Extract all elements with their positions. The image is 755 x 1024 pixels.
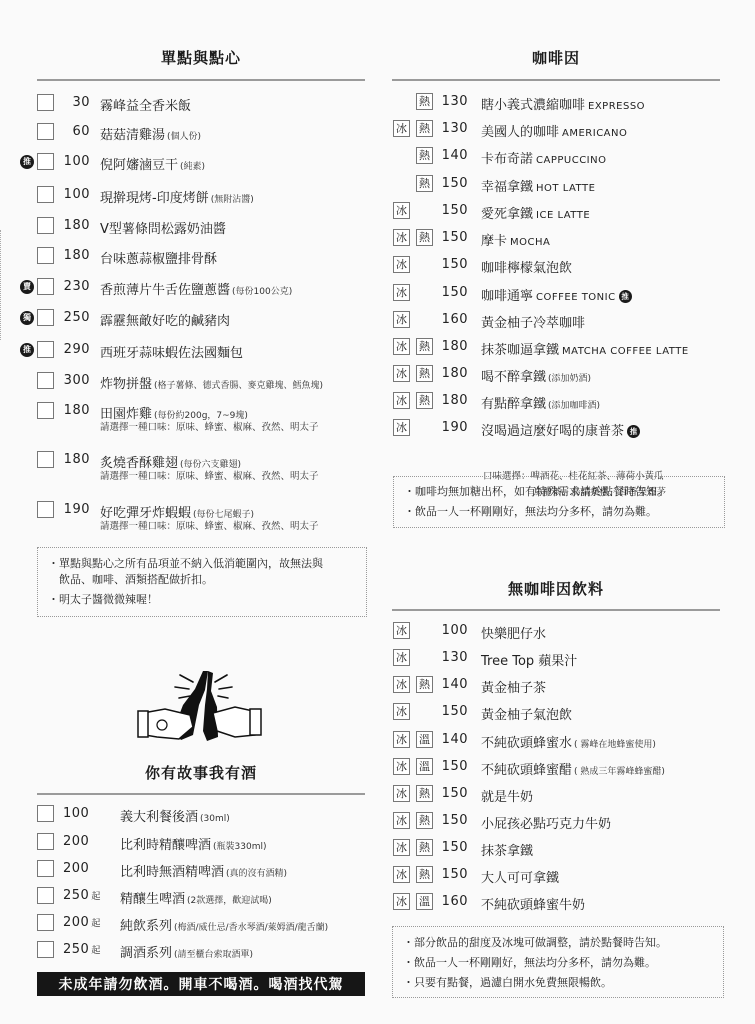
- hot-option-tag[interactable]: 熱: [416, 175, 433, 192]
- note-line: ・部分飲品的甜度及冰塊可做調整，請於點餐時告知。: [403, 933, 713, 953]
- ice-option-tag[interactable]: 冰: [393, 622, 410, 639]
- item-name: 咖啡檸檬氣泡飲: [481, 257, 572, 276]
- item-label: 黃金柚子茶: [481, 681, 546, 696]
- note-line: ・咖啡均無加糖出杯，如有特殊需求請於點餐時告知。: [404, 482, 714, 502]
- section-title-snacks: 單點與點心: [37, 47, 365, 68]
- hot-option-tag[interactable]: 熱: [416, 839, 433, 856]
- item-label: V型薯條問松露奶油醬: [100, 222, 226, 237]
- item-price: 140: [438, 732, 468, 747]
- item-english-name: HOT LATTE: [536, 183, 595, 194]
- item-note: (格子薯條、德式香腸、麥克雞塊、鱈魚塊): [154, 381, 323, 391]
- hot-option-tag[interactable]: 熱: [416, 147, 433, 164]
- item-name: 倪阿嬸滷豆干(純素): [100, 154, 205, 173]
- item-price: 160: [438, 312, 468, 327]
- item-note: (真的沒有酒精): [226, 869, 287, 879]
- price-value: 200: [63, 915, 89, 930]
- ice-option-tag[interactable]: 冰: [393, 866, 410, 883]
- item-name: 就是牛奶: [481, 786, 533, 805]
- item-note: (添加咖啡酒): [548, 401, 600, 411]
- item-label: 現擀現烤-印度烤餅: [100, 191, 209, 206]
- ice-option-tag[interactable]: 冰: [393, 785, 410, 802]
- item-price: 180: [438, 339, 468, 354]
- note-line: ・明太子醬微微辣喔！: [48, 590, 356, 610]
- item-price: 60: [60, 124, 90, 139]
- hot-option-tag[interactable]: 熱: [416, 866, 433, 883]
- order-checkbox[interactable]: [37, 805, 54, 822]
- item-name: 小屁孩必點巧克力牛奶: [481, 813, 611, 832]
- item-price: 100: [60, 154, 90, 169]
- divider: [392, 79, 720, 81]
- section-title-alcohol: 你有故事我有酒: [37, 762, 365, 783]
- item-note: (請至櫃台索取酒單): [174, 950, 253, 960]
- divider: [392, 609, 720, 611]
- item-english-name: CAPPUCCINO: [536, 155, 606, 166]
- item-label: 大人可可拿鐵: [481, 871, 559, 886]
- order-checkbox[interactable]: [37, 123, 54, 140]
- order-checkbox[interactable]: [37, 887, 54, 904]
- item-label: 黃金柚子氣泡飲: [481, 708, 572, 723]
- item-price: 190: [60, 502, 90, 517]
- item-label: 不純砍頭蜂蜜水: [481, 736, 572, 751]
- item-price: 180: [438, 366, 468, 381]
- item-name: 快樂肥仔水: [481, 623, 546, 642]
- item-price: 180: [60, 452, 90, 467]
- item-english-name: EXPRESSO: [588, 101, 645, 112]
- item-label: 倪阿嬸滷豆干: [100, 158, 178, 173]
- divider: [37, 793, 365, 795]
- item-price: 200起: [63, 915, 101, 930]
- item-price: 150: [438, 203, 468, 218]
- item-name: 調酒系列(請至櫃台索取酒單): [120, 942, 253, 961]
- item-name: 香煎薄片牛舌佐鹽蔥醬(每份100公克): [100, 279, 292, 298]
- item-note: (2款選擇，歡迎試喝): [187, 896, 272, 906]
- ice-option-tag[interactable]: 冰: [393, 676, 410, 693]
- item-label: 愛死拿鐵: [481, 207, 533, 222]
- warm-option-tag[interactable]: 溫: [416, 731, 433, 748]
- order-checkbox[interactable]: [37, 341, 54, 358]
- item-price: 150: [438, 285, 468, 300]
- note-line: ・飲品一人一杯剛剛好，無法均分多杯，請勿為難。: [404, 502, 714, 522]
- drinking-warning-banner: 未成年請勿飲酒。開車不喝酒。喝酒找代駕: [37, 972, 365, 996]
- item-name: 不純砍頭蜂蜜水( 霧峰在地蜂蜜使用): [481, 732, 656, 751]
- ice-option-tag[interactable]: 冰: [393, 731, 410, 748]
- item-label: 炸物拼盤: [100, 377, 152, 392]
- order-checkbox[interactable]: [37, 186, 54, 203]
- item-label: 幸福拿鐵: [481, 180, 533, 195]
- item-price: 230: [60, 279, 90, 294]
- item-name: 純飲系列(梅酒/威仕忌/香水琴酒/萊姆酒/龍舌蘭): [120, 915, 328, 934]
- item-name: 黃金柚子冷萃咖啡: [481, 312, 585, 331]
- item-price: 130: [438, 121, 468, 136]
- badge-icon: 推: [20, 343, 34, 357]
- item-english-name: ICE LATTE: [536, 210, 590, 221]
- item-english-name: MATCHA COFFEE LATTE: [562, 346, 689, 357]
- warm-option-tag[interactable]: 溫: [416, 758, 433, 775]
- item-name: 愛死拿鐵ICE LATTE: [481, 203, 590, 222]
- item-name: 美國人的咖啡AMERICANO: [481, 121, 627, 140]
- item-label: 台味蔥蒜椒鹽排骨酥: [100, 252, 217, 267]
- item-english-name: AMERICANO: [562, 128, 627, 139]
- hot-option-tag[interactable]: 熱: [416, 120, 433, 137]
- price-from-label: 起: [91, 892, 101, 902]
- item-label: 有點醉拿鐵: [481, 397, 546, 412]
- order-checkbox[interactable]: [37, 217, 54, 234]
- ice-option-tag[interactable]: 冰: [393, 649, 410, 666]
- item-name: Tree Top 蘋果汁: [481, 650, 577, 669]
- item-name: 幸福拿鐵HOT LATTE: [481, 176, 595, 195]
- ice-option-tag[interactable]: 冰: [393, 256, 410, 273]
- item-note: (個人份): [167, 132, 201, 142]
- item-name: 黃金柚子茶: [481, 677, 546, 696]
- item-price: 150: [438, 704, 468, 719]
- item-label: Tree Top 蘋果汁: [481, 654, 577, 669]
- cheers-bottles-icon: [135, 665, 270, 750]
- order-checkbox[interactable]: [37, 247, 54, 264]
- order-checkbox[interactable]: [37, 860, 54, 877]
- item-name: 西班牙蒜味蝦佐法國麵包: [100, 342, 243, 361]
- item-name: 咖啡通寧COFFEE TONIC推: [481, 285, 632, 304]
- item-label: 純飲系列: [120, 919, 172, 934]
- item-price: 100: [63, 806, 89, 821]
- order-checkbox[interactable]: [37, 451, 54, 468]
- price-value: 100: [63, 806, 89, 821]
- item-price: 250: [60, 310, 90, 325]
- item-label: 沒喝過這麼好喝的康普茶: [481, 424, 624, 439]
- item-name: 比利時無酒精啤酒(真的沒有酒精): [120, 861, 287, 880]
- item-name: 炸物拼盤(格子薯條、德式香腸、麥克雞塊、鱈魚塊): [100, 373, 323, 392]
- price-value: 200: [63, 861, 89, 876]
- item-label: 咖啡通寧: [481, 289, 533, 304]
- item-note: ( 霧峰在地蜂蜜使用): [574, 740, 656, 750]
- item-price: 180: [438, 393, 468, 408]
- item-label: 卡布奇諾: [481, 152, 533, 167]
- note-line: ・飲品一人一杯剛剛好，無法均分多杯，請勿為難。: [403, 953, 713, 973]
- ice-option-tag[interactable]: 冰: [393, 392, 410, 409]
- item-price: 150: [438, 813, 468, 828]
- flavor-options: 請選擇一種口味：原味、蜂蜜、椒麻、孜然、明太子: [100, 419, 319, 433]
- item-label: 霧峰益全香米飯: [100, 99, 191, 114]
- item-label: 西班牙蒜味蝦佐法國麵包: [100, 346, 243, 361]
- item-name: 抹茶拿鐵: [481, 840, 533, 859]
- item-price: 160: [438, 894, 468, 909]
- item-name: 霧峰益全香米飯: [100, 95, 191, 114]
- order-checkbox[interactable]: [37, 278, 54, 295]
- item-label: 喝不醉拿鐵: [481, 370, 546, 385]
- item-name: 精釀生啤酒(2款選擇，歡迎試喝): [120, 888, 272, 907]
- flavor-options: 請選擇一種口味：原味、蜂蜜、椒麻、孜然、明太子: [100, 468, 319, 482]
- order-checkbox[interactable]: [37, 372, 54, 389]
- item-label: 咖啡檸檬氣泡飲: [481, 261, 572, 276]
- item-price: 250起: [63, 888, 101, 903]
- ice-option-tag[interactable]: 冰: [393, 419, 410, 436]
- item-english-name: COFFEE TONIC: [536, 292, 616, 303]
- ice-option-tag[interactable]: 冰: [393, 284, 410, 301]
- item-note: (純素): [180, 162, 205, 172]
- ice-option-tag[interactable]: 冰: [393, 812, 410, 829]
- item-name: 摩卡MOCHA: [481, 230, 550, 249]
- item-label: 菇菇清雞湯: [100, 128, 165, 143]
- item-name: 不純砍頭蜂蜜醋( 熟成三年霧峰蜂蜜醋): [481, 759, 665, 778]
- hot-option-tag[interactable]: 熱: [416, 365, 433, 382]
- item-note: (30ml): [200, 814, 230, 824]
- badge-icon: 賣: [20, 280, 34, 294]
- item-price: 30: [60, 95, 90, 110]
- item-name: 抹茶咖逼拿鐵MATCHA COFFEE LATTE: [481, 339, 689, 358]
- item-price: 150: [438, 257, 468, 272]
- item-name: 義大利餐後酒(30ml): [120, 806, 230, 825]
- item-price: 140: [438, 148, 468, 163]
- order-checkbox[interactable]: [37, 833, 54, 850]
- item-price: 250起: [63, 942, 101, 957]
- item-label: 抹茶拿鐵: [481, 844, 533, 859]
- warm-option-tag[interactable]: 溫: [416, 893, 433, 910]
- hot-option-tag[interactable]: 熱: [416, 676, 433, 693]
- badge-icon: 獨: [20, 311, 34, 325]
- section-title-coffee: 咖啡因: [392, 47, 720, 68]
- item-name: 喝不醉拿鐵(添加奶酒): [481, 366, 591, 385]
- item-name: V型薯條問松露奶油醬: [100, 218, 226, 237]
- order-checkbox[interactable]: [37, 941, 54, 958]
- item-note: (添加奶酒): [548, 374, 591, 384]
- ice-option-tag[interactable]: 冰: [393, 338, 410, 355]
- item-english-name: MOCHA: [510, 237, 550, 248]
- item-price: 140: [438, 677, 468, 692]
- ice-option-tag[interactable]: 冰: [393, 839, 410, 856]
- ice-option-tag[interactable]: 冰: [393, 758, 410, 775]
- hot-option-tag[interactable]: 熱: [416, 812, 433, 829]
- item-label: 不純砍頭蜂蜜醋: [481, 763, 572, 778]
- item-price: 150: [438, 176, 468, 191]
- item-label: 瞎小義式濃縮咖啡: [481, 98, 585, 113]
- ice-option-tag[interactable]: 冰: [393, 311, 410, 328]
- hot-option-tag[interactable]: 熱: [416, 93, 433, 110]
- recommend-badge-icon: 推: [627, 425, 640, 438]
- order-checkbox[interactable]: [37, 501, 54, 518]
- item-price: 190: [438, 420, 468, 435]
- item-note: (每份100公克): [232, 287, 292, 297]
- snacks-notes: ・單點與點心之所有品項並不納入低消範圍內，故無法與 飲品、咖啡、酒類搭配做折扣。…: [37, 547, 367, 617]
- item-name: 菇菇清雞湯(個人份): [100, 124, 201, 143]
- order-checkbox[interactable]: [37, 309, 54, 326]
- hot-option-tag[interactable]: 熱: [416, 785, 433, 802]
- item-price: 200: [63, 834, 89, 849]
- item-label: 比利時精釀啤酒: [120, 838, 211, 853]
- item-label: 精釀生啤酒: [120, 892, 185, 907]
- item-price: 130: [438, 650, 468, 665]
- item-note: (梅酒/威仕忌/香水琴酒/萊姆酒/龍舌蘭): [174, 923, 328, 933]
- hot-option-tag[interactable]: 熱: [416, 229, 433, 246]
- fold-mark: [0, 230, 1, 340]
- recommend-badge-icon: 推: [619, 290, 632, 303]
- item-price: 180: [60, 218, 90, 233]
- item-price: 150: [438, 840, 468, 855]
- item-name: 有點醉拿鐵(添加咖啡酒): [481, 393, 600, 412]
- item-name: 不純砍頭蜂蜜牛奶: [481, 894, 585, 913]
- item-name: 卡布奇諾CAPPUCCINO: [481, 148, 606, 167]
- item-price: 180: [60, 248, 90, 263]
- item-price: 200: [63, 861, 89, 876]
- item-name: 霹靂無敵好吃的鹹豬肉: [100, 310, 230, 329]
- hot-option-tag[interactable]: 熱: [416, 392, 433, 409]
- item-price: 100: [438, 623, 468, 638]
- item-label: 美國人的咖啡: [481, 125, 559, 140]
- section-title-decaf: 無咖啡因飲料: [392, 578, 720, 599]
- item-price: 150: [438, 867, 468, 882]
- item-price: 100: [60, 187, 90, 202]
- ice-option-tag[interactable]: 冰: [393, 120, 410, 137]
- price-value: 250: [63, 942, 89, 957]
- item-name: 黃金柚子氣泡飲: [481, 704, 572, 723]
- order-checkbox[interactable]: [37, 153, 54, 170]
- ice-option-tag[interactable]: 冰: [393, 365, 410, 382]
- ice-option-tag[interactable]: 冰: [393, 229, 410, 246]
- flavor-options: 請選擇一種口味：原味、蜂蜜、椒麻、孜然、明太子: [100, 518, 319, 532]
- item-note: ( 熟成三年霧峰蜂蜜醋): [574, 767, 665, 777]
- item-label: 霹靂無敵好吃的鹹豬肉: [100, 314, 230, 329]
- item-label: 摩卡: [481, 234, 507, 249]
- badge-icon: 推: [20, 155, 34, 169]
- item-label: 黃金柚子冷萃咖啡: [481, 316, 585, 331]
- item-price: 150: [438, 759, 468, 774]
- ice-option-tag[interactable]: 冰: [393, 703, 410, 720]
- order-checkbox[interactable]: [37, 94, 54, 111]
- item-price: 130: [438, 94, 468, 109]
- item-name: 現擀現烤-印度烤餅(無附沾醬): [100, 187, 254, 206]
- item-label: 就是牛奶: [481, 790, 533, 805]
- item-name: 大人可可拿鐵: [481, 867, 559, 886]
- order-checkbox[interactable]: [37, 914, 54, 931]
- item-note: (瓶裝330ml): [213, 842, 266, 852]
- item-name: 比利時精釀啤酒(瓶裝330ml): [120, 834, 266, 853]
- item-name: 台味蔥蒜椒鹽排骨酥: [100, 248, 217, 267]
- item-name: 沒喝過這麼好喝的康普茶推: [481, 420, 640, 439]
- price-from-label: 起: [91, 946, 101, 956]
- item-price: 290: [60, 342, 90, 357]
- item-label: 抹茶咖逼拿鐵: [481, 343, 559, 358]
- item-label: 不純砍頭蜂蜜牛奶: [481, 898, 585, 913]
- divider: [37, 79, 365, 81]
- decaf-notes: ・部分飲品的甜度及冰塊可做調整，請於點餐時告知。 ・飲品一人一杯剛剛好，無法均分…: [392, 926, 724, 998]
- item-name: 瞎小義式濃縮咖啡EXPRESSO: [481, 94, 645, 113]
- ice-option-tag[interactable]: 冰: [393, 202, 410, 219]
- item-label: 小屁孩必點巧克力牛奶: [481, 817, 611, 832]
- ice-option-tag[interactable]: 冰: [393, 893, 410, 910]
- item-price: 150: [438, 230, 468, 245]
- note-line: ・只要有點餐，過濾白開水免費無限暢飲。: [403, 973, 713, 993]
- item-label: 香煎薄片牛舌佐鹽蔥醬: [100, 283, 230, 298]
- price-value: 250: [63, 888, 89, 903]
- coffee-notes: ・咖啡均無加糖出杯，如有特殊需求請於點餐時告知。 ・飲品一人一杯剛剛好，無法均分…: [393, 476, 725, 528]
- price-from-label: 起: [91, 919, 101, 929]
- item-price: 180: [60, 403, 90, 418]
- item-price: 150: [438, 786, 468, 801]
- item-label: 快樂肥仔水: [481, 627, 546, 642]
- price-value: 200: [63, 834, 89, 849]
- item-note: (無附沾醬): [211, 195, 254, 205]
- item-label: 比利時無酒精啤酒: [120, 865, 224, 880]
- hot-option-tag[interactable]: 熱: [416, 338, 433, 355]
- item-label: 義大利餐後酒: [120, 810, 198, 825]
- item-price: 300: [60, 373, 90, 388]
- order-checkbox[interactable]: [37, 402, 54, 419]
- item-label: 調酒系列: [120, 946, 172, 961]
